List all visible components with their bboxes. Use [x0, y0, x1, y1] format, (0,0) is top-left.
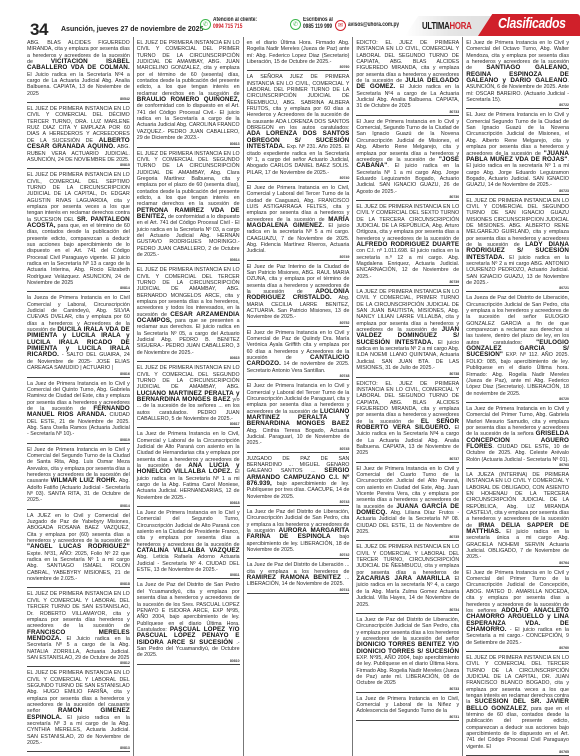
notice-code: 80815	[27, 163, 130, 167]
legal-notice: La Juez de Paz del Distrito de San Pedro…	[137, 579, 240, 664]
notice-text: Expte. Nº31, AÑO: 2025, Folio Nº 22 que …	[27, 551, 130, 582]
legal-notice: EL JUEZ DE PRIMERA INSTANCIA EN LO CIVIL…	[137, 37, 240, 148]
notice-body: ABG. BLAS ALCIDES FIGUEREDO MIRANDA, cit…	[27, 40, 130, 97]
notice-code: 80816	[27, 372, 130, 376]
notice-code: 80814	[27, 504, 130, 508]
notice-text: EL JUEZ DE PRIMERA INSTANCIA EN LO CIVIL…	[137, 151, 240, 208]
notice-text: EL JUEZ DE PRIMERA INSTANCIA EN LO CIVIL…	[356, 204, 459, 242]
notice-body: EL JUEZ DE PRIMERA INSTANCIA EN LO CIVIL…	[137, 267, 240, 356]
notice-body: LA SEÑORA JUEZ DE PRIMERA INSTANCIA EN L…	[247, 74, 350, 176]
notice-code: 80818	[137, 501, 240, 505]
deceased-name: ZACARIAS JARA AMARILLA	[356, 575, 450, 582]
deceased-name: CATALINA VILLALBA VAZQUEZ	[137, 547, 240, 554]
legal-notice: LA SEÑORA JUEZ DE PRIMERA INSTANCIA EN L…	[247, 71, 350, 182]
notice-body: en el diario Última Hora. Firmado Abg. R…	[247, 40, 350, 65]
write-us-label: Escríbinos al	[303, 17, 333, 24]
notice-body: El Juez de Primera Instancia en lo Civil…	[247, 185, 350, 255]
notice-code: 80740	[247, 176, 350, 180]
notice-body: EL JUEZ DE PRIMERA INSTANCIA EN LO CIVIL…	[466, 655, 569, 750]
notice-body: La Juez de Paz del Distrito de Liberació…	[247, 562, 350, 587]
notice-text: de conformidad a lo dispuesto en el Art.…	[137, 214, 240, 258]
notice-code: 80763	[466, 463, 569, 467]
notice-body: EL JUEZ DE PRIMERA INSTANCIA EN LO CIVIL…	[466, 198, 569, 287]
notice-body: El Juez de Primera Instancia en lo Civil…	[466, 40, 569, 103]
column-2: EL JUEZ DE PRIMERA INSTANCIA EN LO CIVIL…	[134, 37, 244, 756]
notice-body: El Juez de Primera Instancia en lo Civil…	[356, 119, 459, 195]
notice-code: 80813	[27, 746, 130, 750]
section-title: Clasificados	[498, 15, 566, 32]
notice-text: para que se presenten a reclamar sus der…	[137, 318, 240, 356]
notice-body: EL JUEZ DE PRIMERA INSTANCIA EN LO CIVIL…	[137, 365, 240, 422]
notice-code: 80814	[27, 286, 130, 290]
notice-code: 80542	[27, 97, 130, 101]
legal-notice: en el diario Última Hora. Firmado Abg. R…	[247, 37, 350, 71]
notice-code: 80745	[247, 447, 350, 451]
notice-code: 80819	[27, 438, 130, 442]
notice-code: 80733	[356, 687, 459, 691]
email-contact[interactable]: ✉ avisos@uhora.com.py	[335, 20, 412, 31]
legal-notice: EL JUEZ DE PRIMERA INSTANCIA EN LO CIVIL…	[466, 195, 569, 293]
notice-text: EXP. Nº 112. AÑO 2025. FOLIO: 085, bajo …	[466, 352, 569, 396]
notice-body: El Juez de Primera Instancia en lo Civil…	[27, 447, 130, 504]
notice-code: 80811	[137, 573, 240, 577]
legal-notice: JUZGADO DE PAZ DE SAN BERNARDINO ... MIG…	[247, 453, 350, 506]
notice-body: EDICTO: EL JUEZ DE PRIMERA INSTANCIA EN …	[356, 381, 459, 457]
notice-body: EL JUEZ DE PRIMERA INSTANCIA EN LO CIVIL…	[27, 106, 130, 163]
notice-text: en el diario Última Hora. Firmado Abg. R…	[247, 40, 350, 65]
legal-notice: EDICTO: EL JUEZ DE PRIMERA INSTANCIA EN …	[356, 37, 459, 116]
legal-notice: LA JUEZA (INTERINA) DE PRIMERA INSTANCIA…	[466, 469, 569, 567]
customer-service-contact[interactable]: ✆ Atención al cliente: 0994 715 715	[200, 17, 268, 31]
notice-text: La Juez de Paz del Distrito de Liberació…	[247, 562, 350, 574]
notice-text: La Juez de Paz del Distrito de Liberació…	[356, 617, 459, 642]
legal-notice: La Juez de Primera Instancia en lo Civil…	[27, 378, 130, 444]
date-line: Asunción, jueves 27 de noviembre de 2025	[61, 26, 203, 33]
notice-body: EL JUEZ DE PRIMERA INSTANCIA EN LO CIVIL…	[137, 151, 240, 259]
notice-body: La Juez de Paz del Distrito de San Pedro…	[137, 582, 240, 658]
notice-code: 80752	[247, 321, 350, 325]
legal-notice: El Juez de Primera Instancia en lo Civil…	[247, 327, 350, 380]
notice-body: La Juez de Primera Instancia en lo Civil…	[137, 510, 240, 573]
notice-body: la Jueza de Primera Instancia en lo Civi…	[27, 295, 130, 371]
legal-notice: EL JUEZ DE PRIMERA INSTANCIA EN LO CIVIL…	[27, 588, 130, 667]
notice-body: EL JUEZ DE PRIMERA INSTANCIA EN LO CIVIL…	[27, 591, 130, 661]
notice-code: 80735	[356, 535, 459, 539]
notice-body: La Juez de Primera Instancia en lo Civil…	[137, 431, 240, 501]
write-us-contact[interactable]: ✆ Escríbinos al 0985 119 999	[290, 17, 340, 31]
legal-notice: La Juez de Primera Instancia en lo Civil…	[466, 403, 569, 469]
notice-code: 80734	[356, 608, 459, 612]
notice-body: La Juez de Primera Instancia en lo Civil…	[466, 406, 569, 463]
mail-icon: ✉	[335, 20, 346, 31]
whatsapp-icon: ✆	[290, 19, 301, 30]
notice-code: 80741	[247, 588, 350, 592]
legal-notice: EL JUEZ DE PRIMERA INSTANCIA EN LO CIVIL…	[356, 541, 459, 613]
legal-notice: La Juez de Paz del Distrito de Liberació…	[247, 506, 350, 559]
legal-notice: El Juez de Primera Instancia en lo Civil…	[356, 116, 459, 201]
notice-code: 80818	[27, 582, 130, 586]
legal-notice: El Juez de Primera Instancia en lo Civil…	[356, 463, 459, 542]
notice-code: 80815	[137, 356, 240, 360]
notice-body: La Juez de Paz del Distrito de Liberació…	[247, 509, 350, 553]
notice-code: 80813	[137, 142, 240, 146]
column-3: en el diario Última Hora. Firmado Abg. R…	[244, 37, 354, 756]
deceased-name: DIONICIO TORRES BENITEZ Y/O DIONICIO TOR…	[356, 641, 459, 654]
notice-code: 80810	[137, 659, 240, 663]
notice-code: 80742	[247, 553, 350, 557]
write-us-phone[interactable]: 0985 119 999	[303, 24, 333, 31]
notice-text: EL JUEZ DE PRIMERA INSTANCIA EN LO CIVIL…	[137, 365, 240, 390]
notice-code: 80723	[466, 189, 569, 193]
notice-code: 80817	[137, 422, 240, 426]
notice-code: 80814	[137, 258, 240, 262]
legal-notice: LA JUEZ DE PRIMERA INSTANCIA EN LO CIVIL…	[356, 286, 459, 377]
legal-notice: La Juez de Primera Instancia en lo Civil…	[137, 507, 240, 579]
customer-service-label: Atención al cliente:	[213, 17, 257, 24]
legal-notice: El Juez de Primera Instancia en lo Civil…	[247, 380, 350, 452]
notice-text: La Juez de Primera Instancia en lo Civil…	[356, 696, 459, 715]
notice-code: 80737	[356, 457, 459, 461]
notice-text: EXP. Nº95, AÑO 2004, bajo apercibimiento…	[356, 655, 459, 686]
notice-text: El Juicio radica en la Secretaría Nº4 a …	[27, 72, 130, 97]
column-1: ABG. BLAS ALCIDES FIGUEREDO MIRANDA, cit…	[24, 37, 134, 756]
notice-code: 80721	[466, 286, 569, 290]
column-4: EDICTO: EL JUEZ DE PRIMERA INSTANCIA EN …	[353, 37, 463, 756]
legal-notice: La Jueza de Paz del Distrito de Liberaci…	[466, 292, 569, 403]
classifieds-columns: ABG. BLAS ALCIDES FIGUEREDO MIRANDA, cit…	[0, 37, 580, 756]
legal-notice: La Juez de Primera Instancia en lo Civil…	[137, 428, 240, 507]
notice-code: 80764	[466, 561, 569, 565]
legal-notice: La Juez de Paz del Distrito de Liberació…	[247, 559, 350, 593]
notice-code: 80812	[27, 661, 130, 665]
legal-notice: El Juez de Primera Instancia en lo Civil…	[466, 567, 569, 652]
notice-body: EDICTO: EL JUEZ DE PRIMERA INSTANCIA EN …	[356, 40, 459, 110]
legal-notice: EL Juez de Primera Instancia en lo Civil…	[466, 109, 569, 194]
notice-code: 80749	[247, 255, 350, 259]
notice-code: 80748	[247, 374, 350, 378]
notice-body: La Jueza de Paz del Distrito de Liberaci…	[466, 295, 569, 397]
notice-body: LA JUEZ DE PRIMERA INSTANCIA EN LO CIVIL…	[356, 289, 459, 371]
deceased-name: LUCIANO MARTINEZ PERALTA y BERNARDINA MO…	[137, 390, 240, 403]
notice-code: 80738	[356, 372, 459, 376]
notice-text: LA JUEZ en lo Civil y Comercial del Juzg…	[27, 513, 130, 544]
legal-notice: EL JUEZ DE PRIMERA INSTANCIA EN LO CIVIL…	[356, 201, 459, 286]
customer-service-phone[interactable]: 0994 715 715	[213, 24, 257, 31]
legal-notice: EL JUEZ DE PRIMERA INSTANCIA EN LO CIVIL…	[27, 103, 130, 169]
deceased-name: BRAULIO ROMERO QUIÑONEZ,	[137, 96, 240, 103]
notice-code: 80743	[247, 500, 350, 504]
legal-notice: EL JUEZ DE PRIMERA INSTANCIA EN LO CIVIL…	[137, 362, 240, 428]
notice-text: LA JUEZA (INTERINA) DE PRIMERA INSTANCIA…	[466, 472, 569, 529]
notice-code: 80739	[356, 280, 459, 284]
notice-code: 80722	[466, 103, 569, 107]
legal-notice: La Juez de Primera Instancia en lo Civil…	[356, 693, 459, 721]
deceased-name: WILMAR LUIZ ROHR.	[51, 477, 118, 484]
notice-body: El Juez de Primera Instancia en lo Civil…	[247, 383, 350, 446]
legal-notice: EL JUEZ DE PRIMERA INSTANCIA EN LO CIVIL…	[137, 264, 240, 362]
legal-notice: EL JUEZ DE PRIMERA INSTANCIA EN LO CIVIL…	[27, 667, 130, 752]
notice-body: El Juez de Primera Instancia en lo Civil…	[466, 570, 569, 646]
notice-text: para que, en el término de 60 días, cont…	[27, 223, 130, 286]
column-5: El Juez de Primera Instancia en lo Civil…	[463, 37, 572, 756]
notice-body: EL JUEZ DE PRIMERA INSTANCIA EN LO CIVIL…	[137, 40, 240, 142]
notice-code: 80720	[466, 397, 569, 401]
notice-text: EL JUEZ DE PRIMERA INSTANCIA EN LO CIVIL…	[27, 591, 130, 629]
notice-body: JUZGADO DE PAZ DE SAN BERNARDINO ... MIG…	[247, 456, 350, 500]
whatsapp-icon: ✆	[200, 19, 211, 30]
notice-code: 80730	[356, 195, 459, 199]
legal-notice: ABG. BLAS ALCIDES FIGUEREDO MIRANDA, cit…	[27, 37, 130, 103]
notice-body: LA JUEZ en lo Civil y Comercial del Juzg…	[27, 513, 130, 583]
legal-notice: EL JUEZ DE PRIMERA INSTANCIA EN LO CIVIL…	[137, 148, 240, 265]
notice-code: 80765	[466, 750, 569, 754]
notice-code: 80760	[247, 65, 350, 69]
legal-notice: El Juez de Primera Instancia en lo Civil…	[247, 182, 350, 261]
notice-body: El Juez de Paz Interino de la Ciudad de …	[247, 264, 350, 321]
notice-body: La Juez de Primera Instancia en lo Civil…	[27, 381, 130, 438]
deceased-name: "ANGEL LUCAS RODRIGUEZ"	[27, 543, 130, 550]
notice-body: El Juez de Primera Instancia en lo Civil…	[356, 466, 459, 536]
notice-code: 80731	[356, 715, 459, 719]
legal-notice: EL JUEZ DE PRIMERA INSTANCIA EN LO CIVIL…	[466, 652, 569, 756]
notice-code: 80733	[356, 110, 459, 114]
notice-text: La Juez de Primera Instancia en lo Civil…	[137, 510, 240, 548]
email-address[interactable]: avisos@uhora.com.py	[348, 22, 399, 29]
legal-notice: EDICTO: EL JUEZ DE PRIMERA INSTANCIA EN …	[356, 378, 459, 463]
notice-body: EL JUEZ DE PRIMERA INSTANCIA EN LO CIVIL…	[27, 670, 130, 746]
legal-notice: La Juez de Paz del Distrito de Liberació…	[356, 614, 459, 693]
legal-notice: la Jueza de Primera Instancia en lo Civi…	[27, 292, 130, 377]
ultimahora-logo: ULTIMAHORA	[422, 21, 472, 32]
notice-body: EL JUEZ DE PRIMERA INSTANCIA EN LO CIVIL…	[27, 172, 130, 286]
notice-text: de conformidad con lo dispuesto en el Ar…	[137, 103, 240, 141]
legal-notice: EL JUEZ DE PRIMERA INSTANCIA EN LO CIVIL…	[27, 169, 130, 292]
legal-notice: El Juez de Primera Instancia en lo Civil…	[466, 37, 569, 109]
notice-body: La Juez de Primera Instancia en lo Civil…	[356, 696, 459, 715]
legal-notice: El Juez de Paz Interino de la Ciudad de …	[247, 261, 350, 327]
notice-body: EL JUEZ DE PRIMERA INSTANCIA EN LO CIVIL…	[356, 544, 459, 607]
page-header: 34 Asunción, jueves 27 de noviembre de 2…	[0, 0, 580, 36]
notice-text: , para que en el término de 60 días, con…	[466, 706, 569, 750]
notice-text: Abg. Cinthia Teresa Bogado, Actuaria Jud…	[247, 428, 350, 447]
legal-notice: LA JUEZ en lo Civil y Comercial del Juzg…	[27, 510, 130, 589]
notice-text: EL JUEZ DE PRIMERA INSTANCIA EN LO CIVIL…	[137, 40, 240, 97]
notice-code: 80760	[466, 646, 569, 650]
notice-body: EL JUEZ DE PRIMERA INSTANCIA EN LO CIVIL…	[356, 204, 459, 280]
notice-body: El Juez de Primera Instancia en lo Civil…	[247, 330, 350, 374]
notice-text: Abg. Leticia Rafaela Adorno Actuaria Jud…	[137, 554, 240, 573]
notice-body: LA JUEZA (INTERINA) DE PRIMERA INSTANCIA…	[466, 472, 569, 561]
notice-body: EL Juez de Primera Instancia en lo Civil…	[466, 112, 569, 188]
notice-text: con C.I. nº 1.011.698. El juicio radica …	[356, 248, 459, 279]
deceased-name: ALFREDO RODRIGUEZ DUARTE	[356, 241, 459, 248]
notice-body: La Juez de Paz del Distrito de Liberació…	[356, 617, 459, 687]
notice-text: LA SEÑORA JUEZ DE PRIMERA INSTANCIA EN L…	[247, 74, 350, 131]
legal-notice: El Juez de Primera Instancia en lo Civil…	[27, 444, 130, 510]
notice-text: EL JUEZ DE PRIMERA INSTANCIA EN LO CIVIL…	[356, 544, 459, 575]
